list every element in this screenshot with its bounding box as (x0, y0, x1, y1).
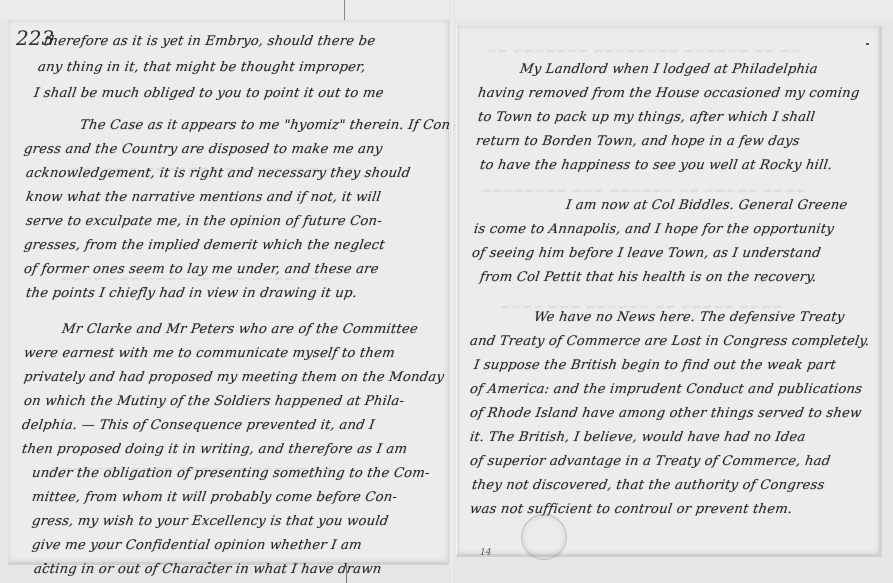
right-page-line-17: they not discovered, that the authority … (471, 478, 826, 493)
right-page-line-12: I suppose the British begin to find out … (473, 358, 837, 373)
right-page-line-11: and Treaty of Commerce are Lost in Congr… (469, 334, 871, 349)
ink-bleed-through: ~~~~ ~~~~~ ~~ ~~~~~~ ~~~ ~~~~~~~~ (479, 184, 807, 199)
left-page-line-21: give me your Confidential opinion whethe… (31, 538, 363, 553)
left-page-line-22: acting in or out of Character in what I … (33, 562, 383, 577)
left-page-line-12: Mr Clarke and Mr Peters who are of the C… (61, 322, 419, 337)
left-page-line-19: mittee, from whom it will probably come … (31, 490, 398, 505)
scanned-letter: 223 ~~~ ~ ~~~~~ ~~ ~~~~~~~ ~ ~~~~~ ~~~ ~… (0, 0, 893, 583)
left-page-line-13: were earnest with me to communicate myse… (23, 346, 396, 361)
right-page-line-10: We have no News here. The defensive Trea… (533, 310, 845, 325)
scanner-top-margin (0, 0, 893, 20)
right-page-line-2: having removed from the House occasioned… (477, 86, 861, 101)
left-page-line-5: gress and the Country are disposed to ma… (23, 142, 383, 157)
left-page-line-2: any thing in it, that might be thought i… (37, 60, 367, 75)
left-page-line-10: of former ones seem to lay me under, and… (23, 262, 380, 277)
left-page-line-16: delphia. — This of Consequence prevented… (21, 418, 376, 433)
left-page-line-6: acknowledgement, it is right and necessa… (25, 166, 411, 181)
right-page-line-18: was not sufficient to controul or preven… (469, 502, 793, 517)
left-page-line-9: gresses, from the implied demerit which … (23, 238, 386, 253)
left-page-line-14: privately and had proposed my meeting th… (23, 370, 445, 385)
page-gutter (450, 0, 454, 583)
right-page-line-6: I am now at Col Biddles. General Greene (565, 198, 848, 213)
left-page-line-8: serve to exculpate me, in the opinion of… (25, 214, 383, 229)
archive-stamp (521, 514, 567, 560)
left-page-line-20: gress, my wish to your Excellency is tha… (31, 514, 389, 529)
footer-mark: 14 (480, 548, 491, 558)
scan-speck (44, 563, 47, 565)
right-page-line-14: of Rhode Island have among other things … (469, 406, 863, 421)
left-page-line-4: The Case as it appears to me "hyomiz" th… (79, 118, 456, 133)
right-page-line-13: of America: and the imprudent Conduct an… (469, 382, 863, 397)
left-page-line-11: the points I chiefly had in view in draw… (25, 286, 358, 301)
left-page-line-1: therefore as it is yet in Embryo, should… (43, 34, 376, 49)
right-page-line-3: to Town to pack up my things, after whic… (477, 110, 816, 125)
left-page-line-7: know what the narrative mentions and if … (25, 190, 382, 205)
right-page-line-8: of seeing him before I leave Town, as I … (471, 246, 822, 261)
scan-speck (866, 43, 869, 45)
right-page-line-1: My Landlord when I lodged at Philadelphi… (519, 62, 819, 77)
right-page-line-5: to have the happiness to see you well at… (479, 158, 833, 173)
left-page-line-3: I shall be much obliged to you to point … (33, 86, 385, 101)
right-page-line-4: return to Borden Town, and hope in a few… (475, 134, 801, 149)
right-page-line-15: it. The British, I believe, would have h… (469, 430, 807, 445)
scan-speck (208, 562, 211, 564)
ink-bleed-through: ~~ ~~ ~~~~~~ ~~~~~~~~ ~~~~~~~ ~~ (485, 44, 802, 59)
left-page-line-17: then proposed doing it in writing, and t… (21, 442, 408, 457)
right-page-line-7: is come to Annapolis, and I hope for the… (473, 222, 835, 237)
left-page-line-18: under the obligation of presenting somet… (31, 466, 431, 481)
right-page-line-9: from Col Pettit that his health is on th… (479, 270, 818, 285)
left-page-line-15: on which the Mutiny of the Soldiers happ… (23, 394, 405, 409)
right-page-line-16: of superior advantage in a Treaty of Com… (469, 454, 831, 469)
